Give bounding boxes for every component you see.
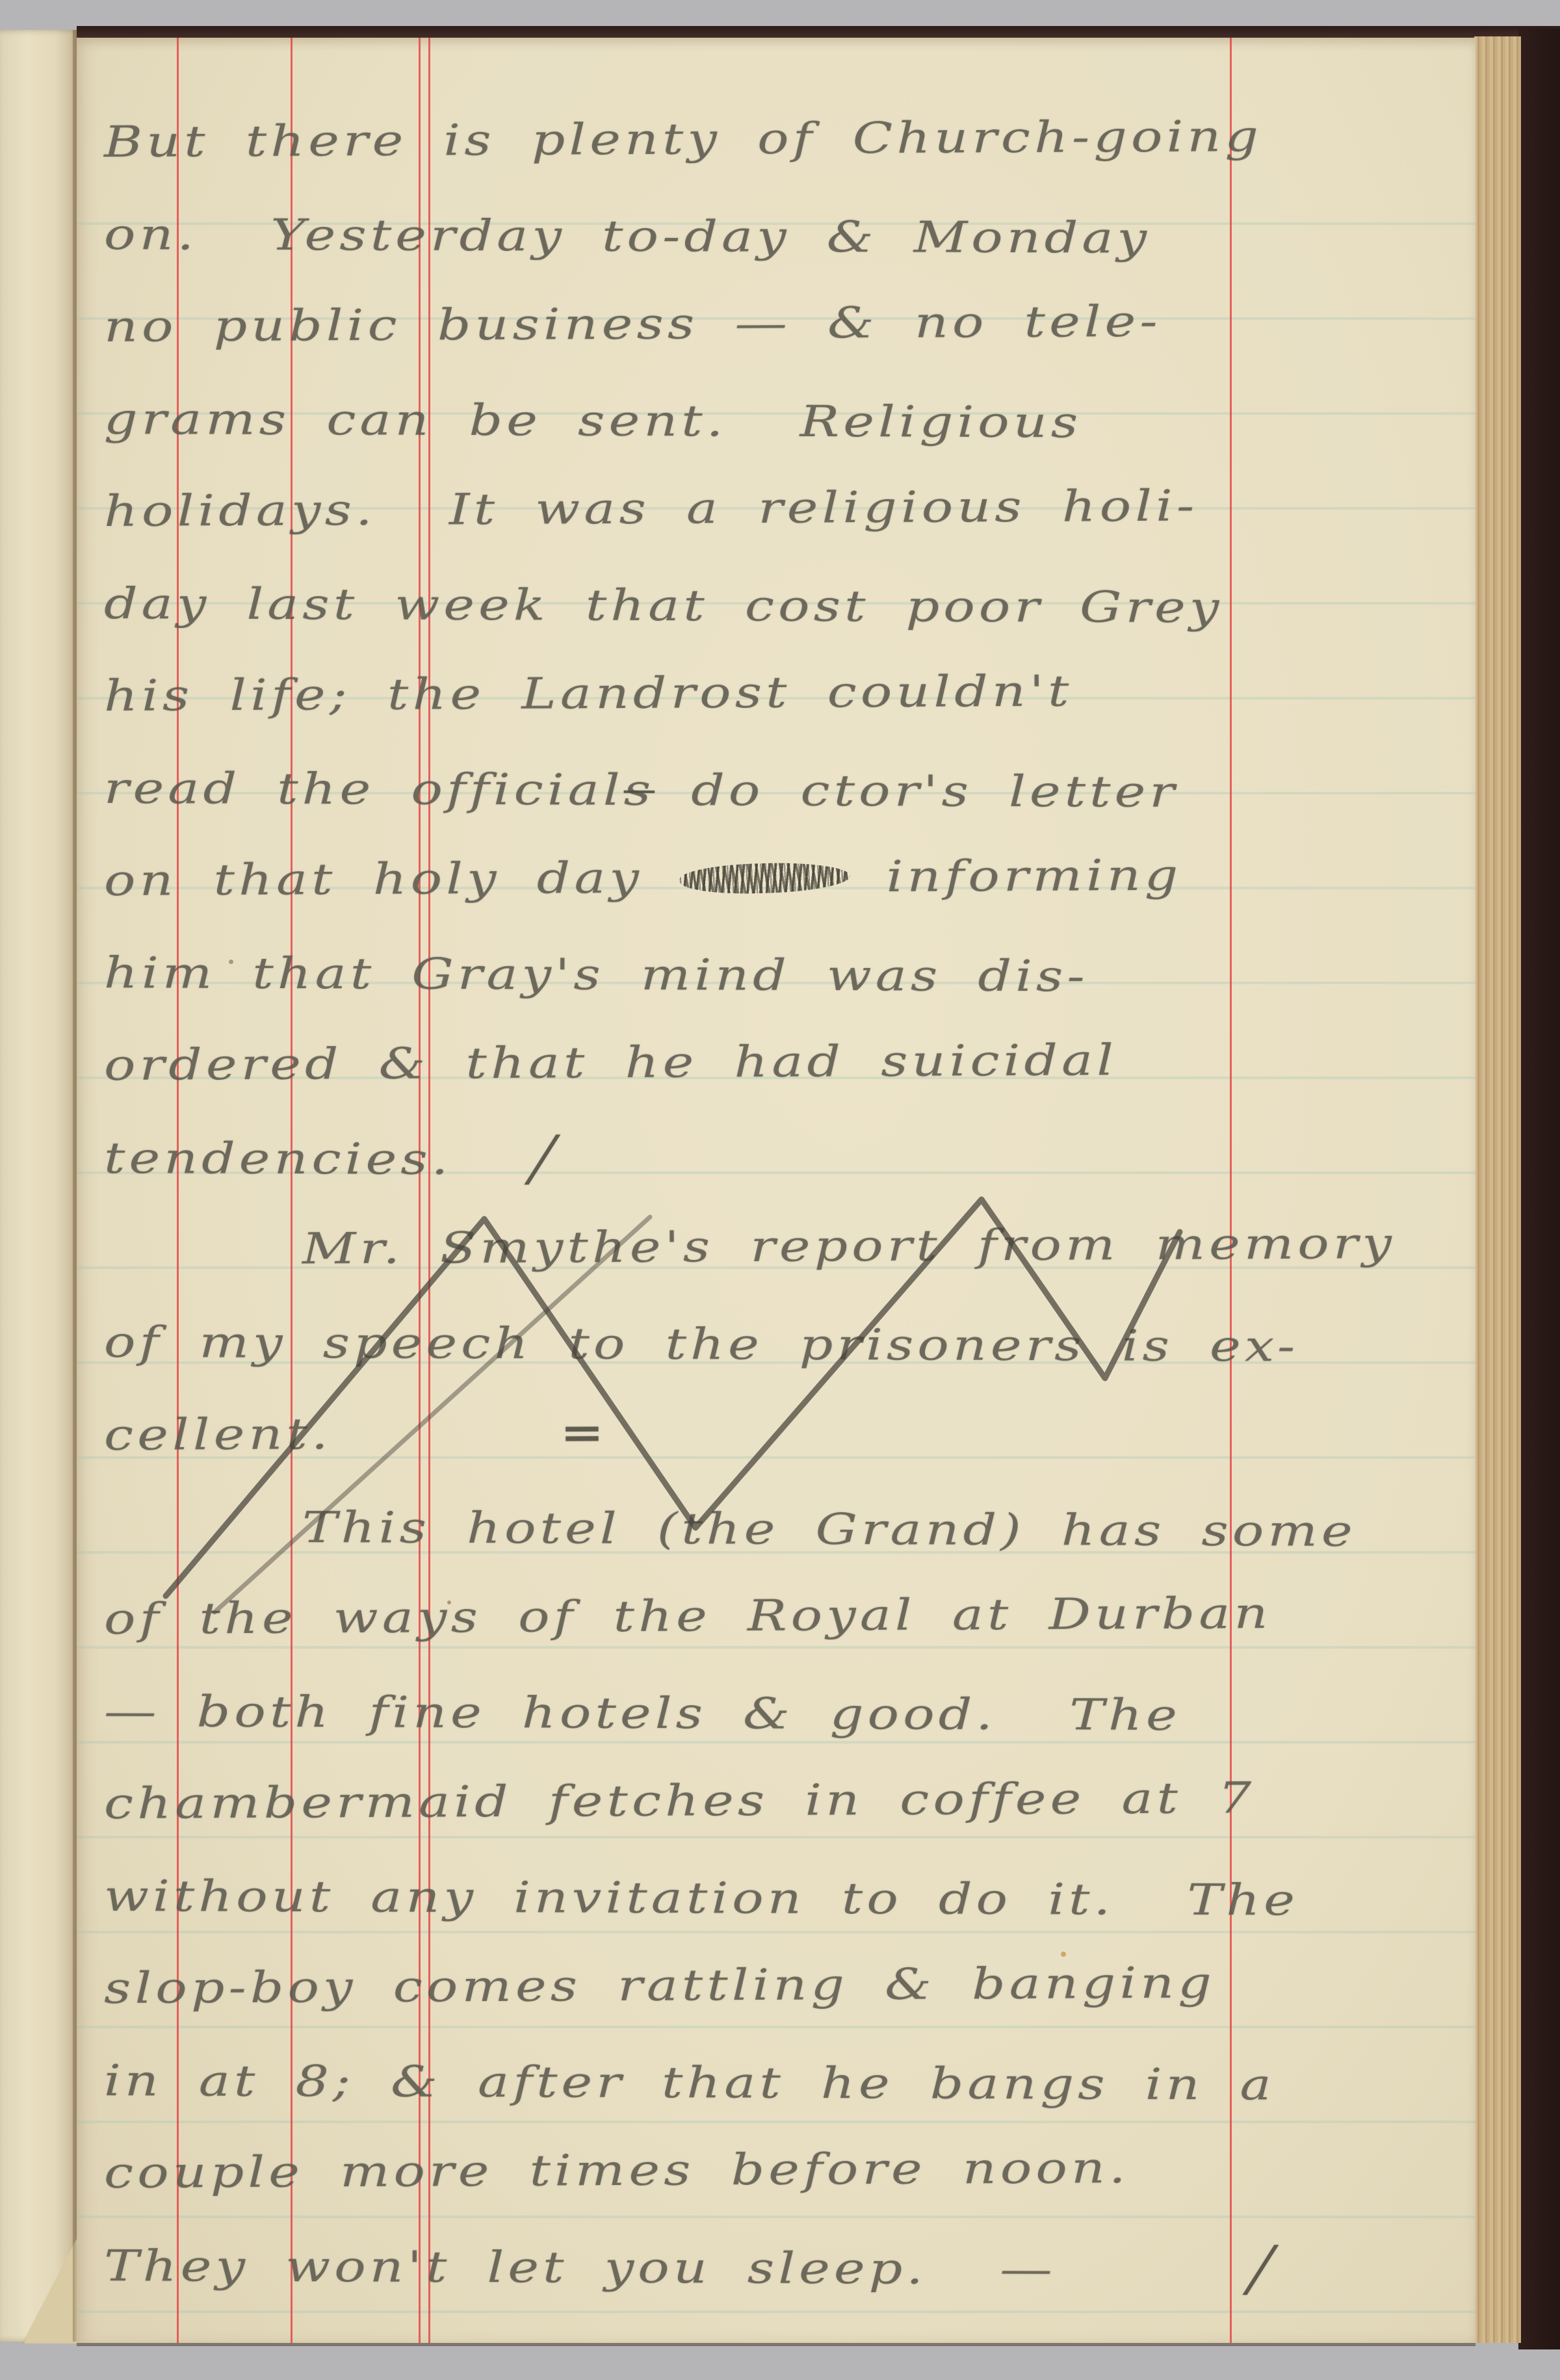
handwritten-line: couple more times before noon. xyxy=(103,2119,1560,2219)
handwritten-line: day last week that cost poor Grey xyxy=(104,558,1560,657)
handwritten-text: no public business — & no tele- xyxy=(104,296,1162,352)
handwritten-line: without any invitation to do it. The xyxy=(104,1850,1560,1949)
handwritten-line: read the officials do ctor's letter xyxy=(104,742,1560,841)
handwritten-text: in at 8; & after that he bangs in a xyxy=(104,2056,1275,2110)
handwritten-text: without any invitation to do it. The xyxy=(104,1871,1299,1926)
left-page-gutter-edge xyxy=(0,30,79,2342)
handwritten-line: chambermaid fetches in coffee at 7 xyxy=(103,1749,1560,1850)
handwritten-text: cellent. xyxy=(104,1409,332,1460)
handwritten-text: Mr. Smythe's report from memory xyxy=(302,1218,1396,1274)
handwritten-text: couple more times before noon. xyxy=(104,2143,1130,2198)
handwritten-text: But there is plenty of Church-going xyxy=(104,111,1263,167)
handwritten-text: ╱ xyxy=(1093,2243,1280,2295)
handwritten-line: of the ways of the Royal at Durban xyxy=(103,1565,1560,1666)
handwritten-line: — both fine hotels & good. The xyxy=(104,1666,1560,1764)
handwritten-line: cellent. = xyxy=(103,1380,1560,1481)
handwritten-line: him that Gray's mind was dis- xyxy=(104,927,1560,1026)
handwritten-text: of my speech to the prisoners is ex- xyxy=(104,1317,1299,1372)
handwritten-text: grams can be sent. Religious xyxy=(104,394,1082,447)
handwritten-text: They won't let you sleep. — xyxy=(104,2241,1093,2294)
handwritten-line: Mr. Smythe's report from memory xyxy=(103,1196,1560,1296)
handwritten-text: of the ways of the Royal at Durban xyxy=(104,1588,1272,1644)
handwritten-text: read the official xyxy=(104,763,624,815)
handwritten-line: grams can be sent. Religious xyxy=(104,373,1560,472)
handwritten-line: holidays. It was a religious holi- xyxy=(103,457,1560,558)
handwritten-line: slop-boy comes rattling & banging xyxy=(103,1934,1560,2035)
handwritten-text: his life; the Landrost couldn't xyxy=(104,666,1073,721)
handwritten-text: slop-boy comes rattling & banging xyxy=(104,1957,1215,2013)
handwriting-block: But there is plenty of Church-goingon. Y… xyxy=(104,96,1534,2312)
handwritten-text: ╱ xyxy=(488,1134,562,1184)
handwritten-text: him that Gray's mind was dis- xyxy=(104,948,1089,1001)
handwritten-line: tendencies. ╱ xyxy=(104,1112,1560,1210)
handwritten-line: on. Yesterday to-day & Monday xyxy=(104,189,1560,287)
handwritten-text: day last week that cost poor Grey xyxy=(104,579,1223,633)
handwritten-line: no public business — & no tele- xyxy=(103,272,1560,373)
handwritten-text: holidays. It was a religious holi- xyxy=(104,481,1199,536)
handwritten-text: — both fine hotels & good. The xyxy=(104,1686,1181,1740)
handwritten-line: But there is plenty of Church-going xyxy=(103,88,1560,189)
handwritten-text: do ctor's letter xyxy=(655,765,1178,817)
handwritten-text: on that holy day xyxy=(104,853,680,906)
handwritten-text: on. Yesterday to-day & Monday xyxy=(104,209,1151,263)
notebook-photo: { "meta": { "description": "Scanned page… xyxy=(0,0,1560,2380)
handwritten-text: = xyxy=(331,1407,608,1459)
struck-text: s xyxy=(623,765,655,815)
handwritten-line: ordered & that he had suicidal xyxy=(103,1011,1560,1112)
handwritten-line: This hotel (the Grand) has some xyxy=(104,1481,1560,1580)
handwritten-text: chambermaid fetches in coffee at 7 xyxy=(104,1773,1256,1829)
handwritten-text: ordered & that he had suicidal xyxy=(104,1035,1118,1090)
handwritten-line: his life; the Landrost couldn't xyxy=(103,642,1560,742)
handwritten-line: of my speech to the prisoners is ex- xyxy=(104,1296,1560,1395)
handwritten-line: in at 8; & after that he bangs in a xyxy=(104,2035,1560,2134)
handwritten-text: tendencies. xyxy=(104,1133,489,1184)
handwritten-text: This hotel (the Grand) has some xyxy=(302,1502,1357,1556)
scribbled-out-word xyxy=(679,861,850,896)
handwritten-line: They won't let you sleep. — ╱ xyxy=(104,2219,1560,2318)
handwritten-line: on that holy day informing xyxy=(103,826,1560,927)
